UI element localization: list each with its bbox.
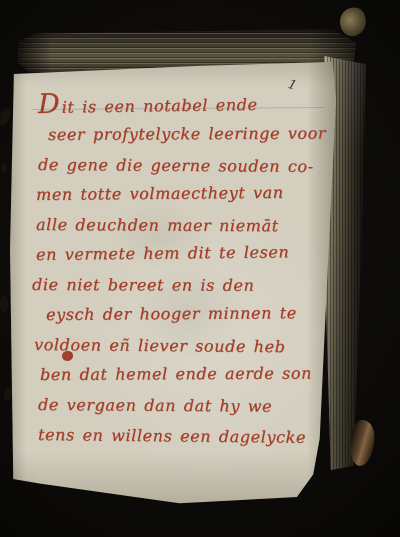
manuscript-line: voldoen eñ liever soude heb (34, 330, 328, 363)
manuscript-line: de vergaen dan dat hy we (38, 390, 328, 422)
manuscript-line: die niet bereet en is den (32, 270, 328, 301)
book-clasp-remnant-top (337, 6, 368, 39)
manuscript-line: tens en willens een dagelycke (38, 420, 328, 453)
manuscript-photo: 1 Dit is een notabel ende seer profytely… (0, 0, 400, 537)
manuscript-line: en vermete hem dit te lesen (36, 237, 328, 270)
manuscript-page: 1 Dit is een notabel ende seer profytely… (10, 56, 336, 506)
manuscript-text: Dit is een notabel ende seer profytelyck… (32, 90, 328, 450)
binding-speck (1, 162, 7, 174)
manuscript-line: ben dat hemel ende aerde son (40, 358, 328, 390)
manuscript-line: seer profytelycke leeringe voor (48, 119, 328, 150)
binding-speck (0, 107, 12, 127)
manuscript-line: men totte volmaectheyt van (36, 177, 328, 210)
manuscript-line: Dit is een notabel ende (38, 86, 328, 120)
manuscript-line: eysch der hooger minnen te (46, 298, 328, 330)
binding-speck (0, 296, 9, 313)
